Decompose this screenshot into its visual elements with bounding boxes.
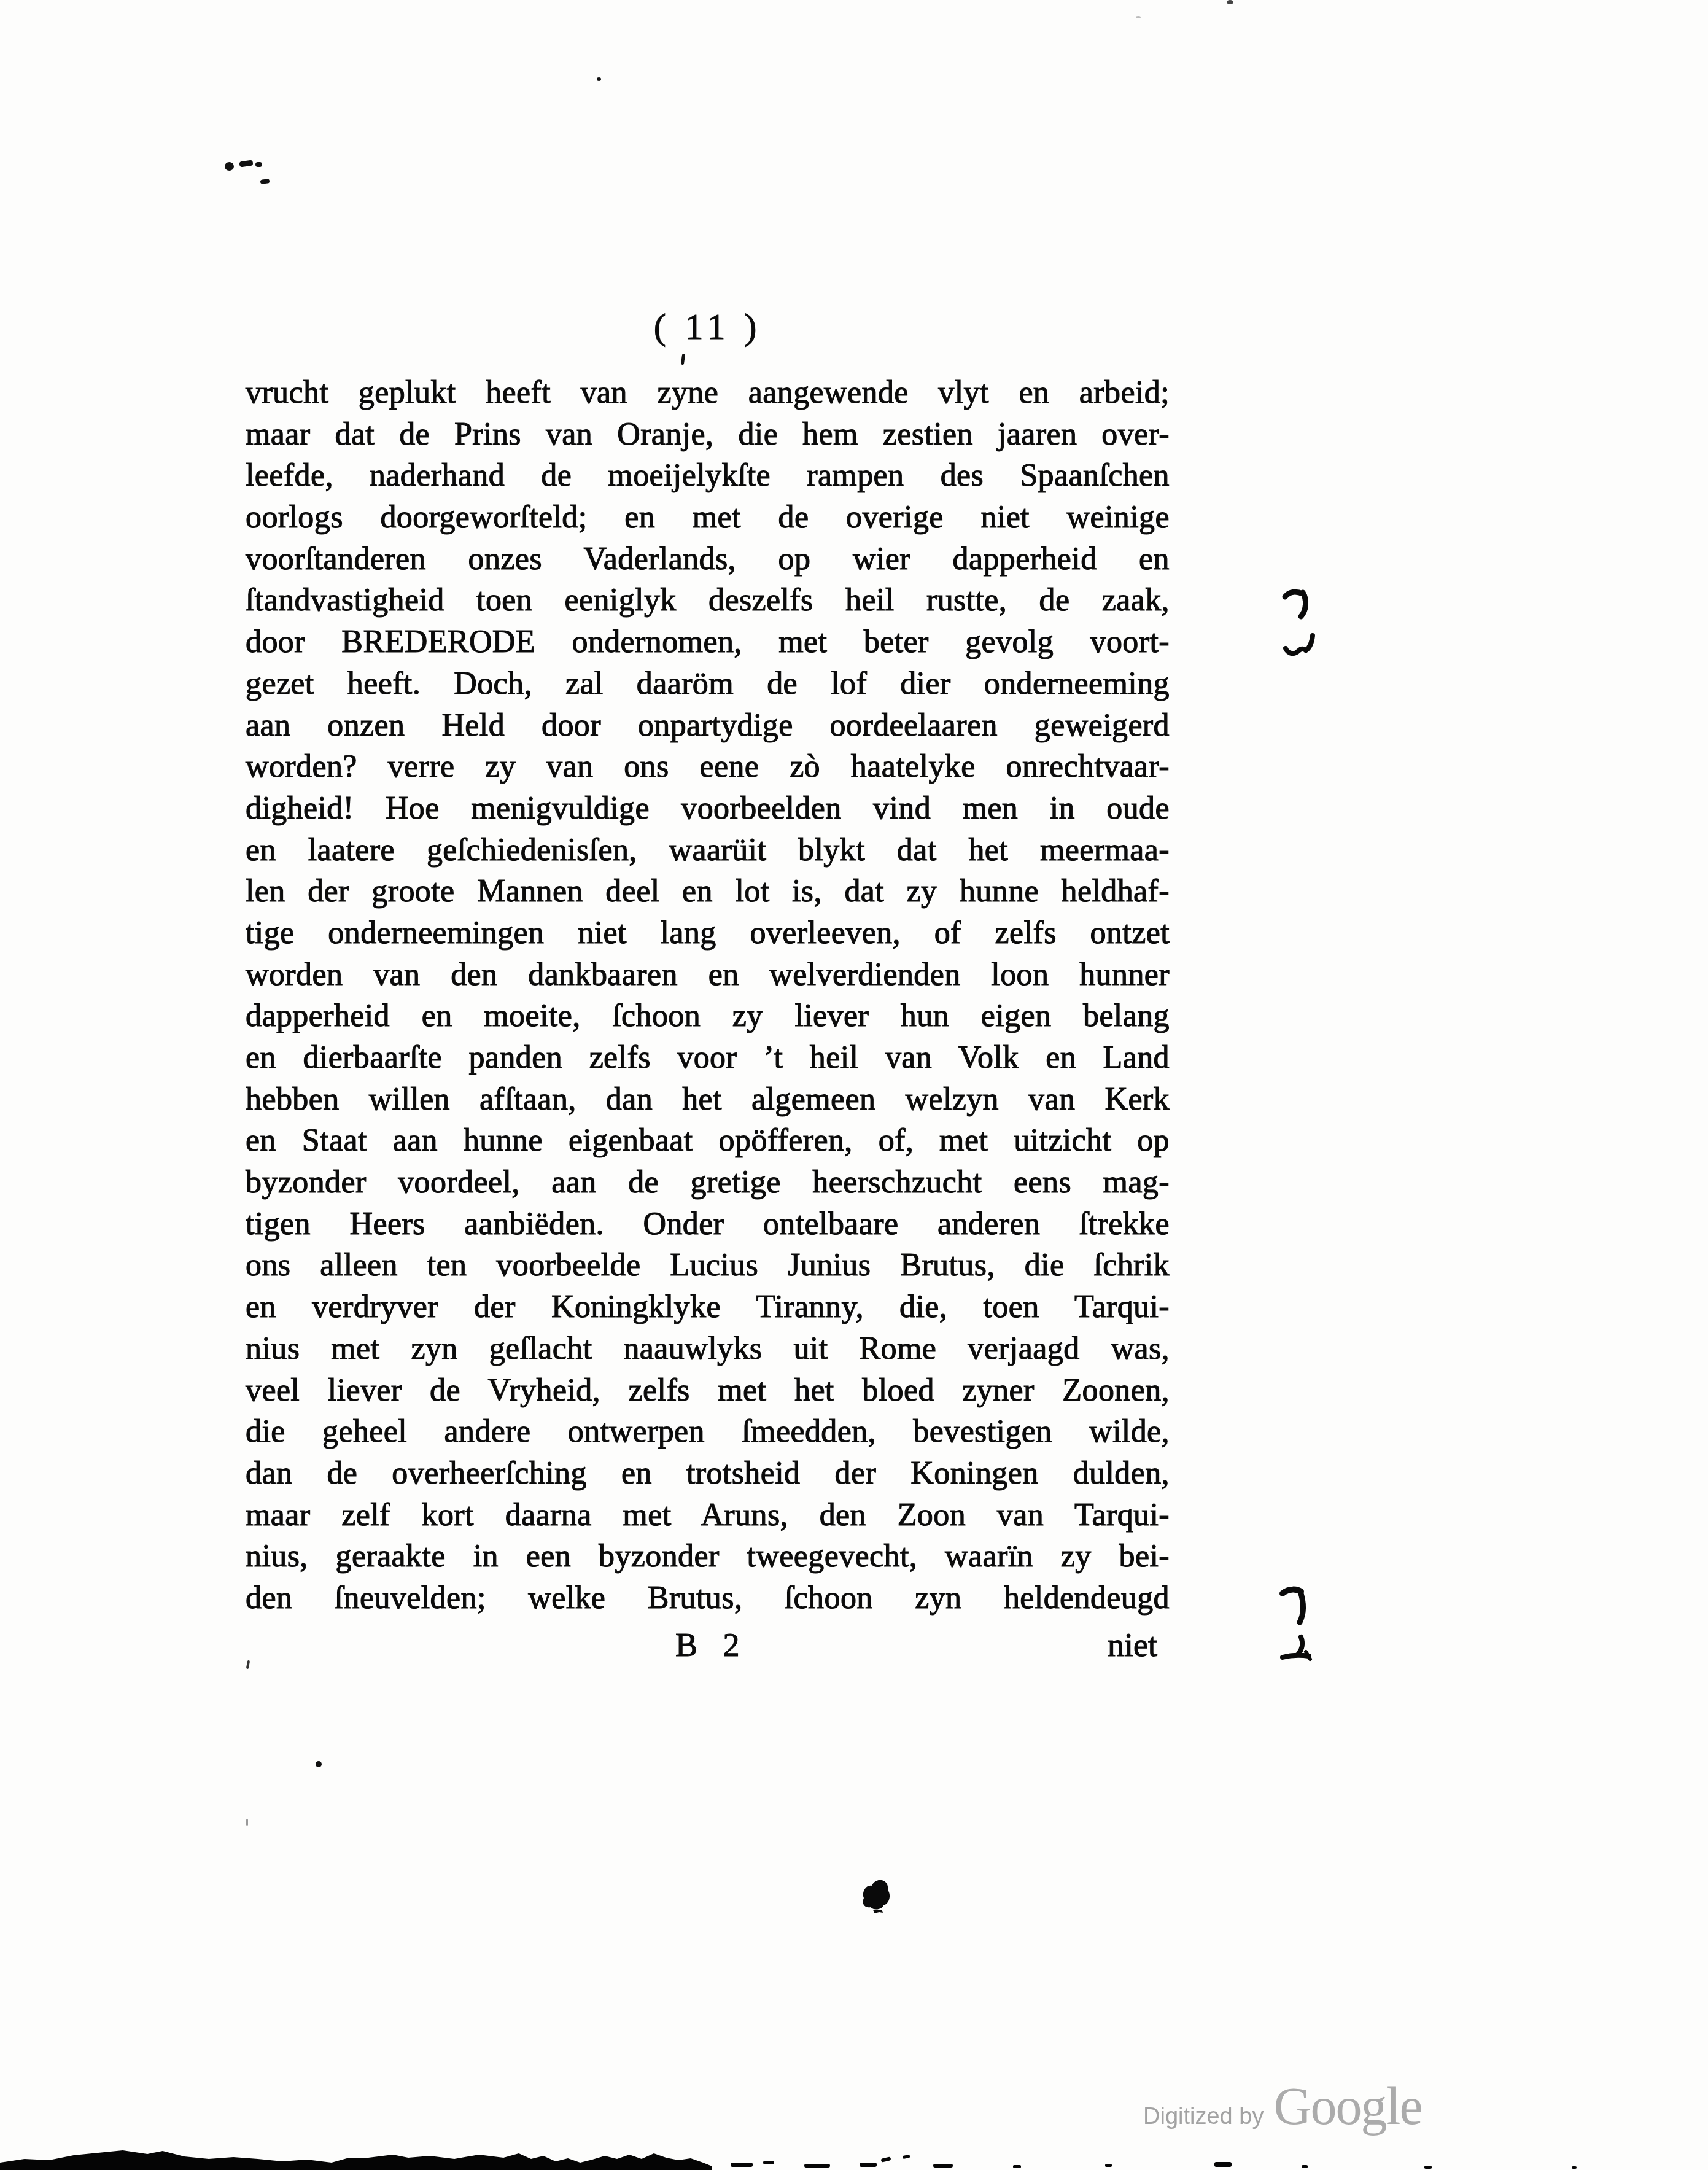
signature-row: B 2 niet [246,1626,1170,1669]
text-line: byzonder voordeel, aan de gretige heersc… [246,1164,1170,1206]
text-line: dapperheid en moeite, ſchoon zy liever h… [246,998,1170,1040]
text-line: en verdryver der Koningklyke Tiranny, di… [246,1289,1170,1331]
ink-speck [681,354,685,365]
digitized-watermark: Digitized by Google [1143,2075,1422,2137]
page-number: ( 11 ) [246,306,1170,348]
text-line: oorlogs doorgeworſteld; en met de overig… [246,499,1170,541]
text-line: voorſtanderen onzes Vaderlands, op wier … [246,541,1170,583]
text-line: tige onderneemingen niet lang overleeven… [246,915,1170,957]
text-line: ons alleen ten voorbeelde Lucius Junius … [246,1247,1170,1289]
catchword: niet [1108,1626,1157,1664]
text-line: door BREDERODE ondernomen, met beter gev… [246,624,1170,666]
ink-speck [246,1819,248,1826]
text-line: maar zelf kort daarna met Aruns, den Zoo… [246,1497,1170,1539]
ink-speck [1227,0,1233,4]
text-line: vrucht geplukt heeft van zyne aangewende… [246,375,1170,416]
text-line: dan de overheerſching en trotsheid der K… [246,1455,1170,1497]
text-line: en laatere geſchiedenisſen, waarüit blyk… [246,832,1170,874]
ink-speck [316,1761,322,1767]
margin-pen-mark [1280,583,1317,621]
text-line: nius met zyn geſlacht naauwlyks uit Rome… [246,1331,1170,1372]
page-edge-artifact [0,2141,1708,2170]
text-line: en Staat aan hunne eigenbaat opöfferen, … [246,1122,1170,1164]
ink-speck [597,77,601,81]
ink-speck [1136,16,1141,18]
google-logo: Google [1273,2075,1421,2137]
text-line: maar dat de Prins van Oranje, die hem ze… [246,416,1170,458]
text-line: hebben willen afſtaan, dan het algemeen … [246,1081,1170,1123]
ink-speck [255,162,262,167]
text-line: veel liever de Vryheid, zelfs met het bl… [246,1372,1170,1414]
margin-pen-mark [1282,630,1320,659]
body-text: vrucht geplukt heeft van zyne aangewende… [246,375,1170,1622]
margin-pen-mark [1277,1583,1315,1627]
text-line: ſtandvastigheid toen eeniglyk deszelfs h… [246,582,1170,624]
ink-speck [239,160,253,168]
ink-speck [225,162,234,171]
text-line: tigen Heers aanbiëden. Onder ontelbaare … [246,1206,1170,1248]
signature-mark: B 2 [675,1626,748,1664]
watermark-prefix: Digitized by [1143,2104,1264,2130]
text-line: worden van den dankbaaren en welverdiend… [246,957,1170,998]
text-line: en dierbaarſte panden zelfs voor ’t heil… [246,1040,1170,1081]
text-line: len der groote Mannen deel en lot is, da… [246,873,1170,915]
text-line: nius, geraakte in een byzonder tweegevec… [246,1538,1170,1580]
text-line: worden? verre zy van ons eene zò haately… [246,749,1170,790]
text-line: aan onzen Held door onpartydige oordeela… [246,707,1170,749]
text-line: leefde, naderhand de moeijelykſte rampen… [246,457,1170,499]
margin-pen-mark [1278,1633,1318,1665]
ink-speck [260,179,270,184]
text-line: die geheel andere ontwerpen ſmeedden, be… [246,1414,1170,1455]
text-line: gezet heeft. Doch, zal daaröm de lof die… [246,666,1170,707]
text-line: den ſneuvelden; welke Brutus, ſchoon zyn… [246,1580,1170,1622]
text-line: digheid! Hoe menigvuldige voorbeelden vi… [246,790,1170,832]
ink-blob [858,1878,896,1917]
